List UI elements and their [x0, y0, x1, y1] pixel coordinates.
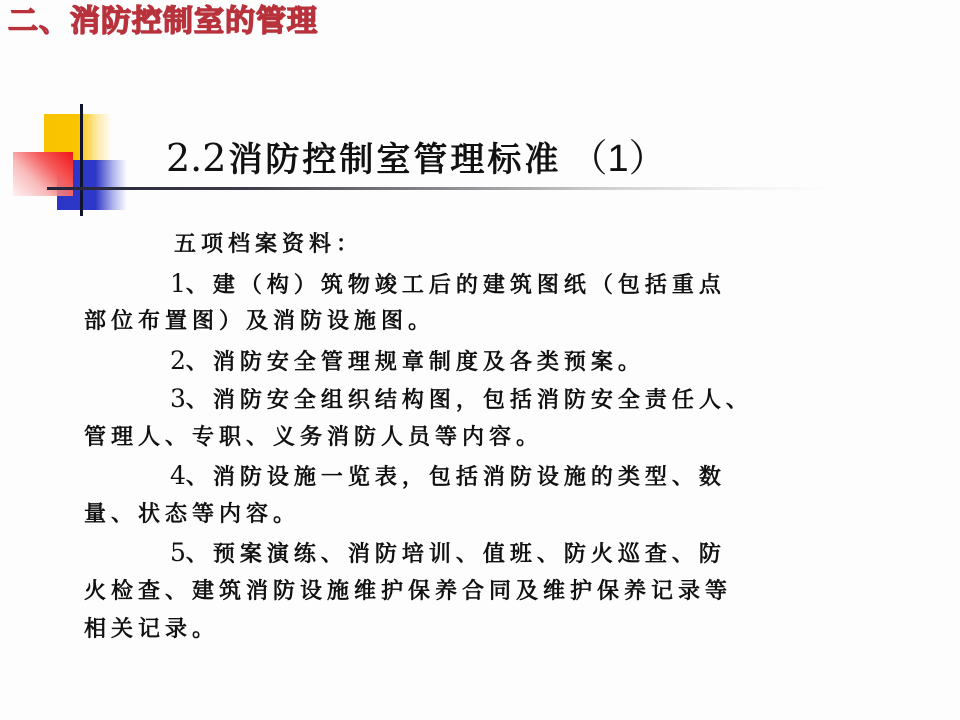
slide-body: 五项档案资料： 1、建（构）筑物竣工后的建筑图纸（包括重点 部位布置图）及消防设…: [84, 226, 864, 650]
list-item-1: 1、建（构）筑物竣工后的建筑图纸（包括重点: [84, 265, 864, 304]
body-intro: 五项档案资料：: [84, 226, 864, 265]
title-underline-divider: [47, 187, 837, 190]
item-number: 2: [170, 346, 186, 375]
item-number: 4: [170, 461, 186, 490]
list-item-3: 3、消防安全组织结构图，包括消防安全责任人、: [84, 380, 864, 419]
item-text: 、建（构）筑物竣工后的建筑图纸（包括重点: [186, 273, 726, 298]
slide-title: 2.2消防控制室管理标准（1）: [166, 134, 667, 184]
item-text: 、消防设施一览表，包括消防设施的类型、数: [186, 465, 726, 490]
item-number: 5: [170, 538, 186, 567]
item-text: 、消防安全管理规章制度及各类预案。: [186, 350, 645, 375]
list-item-2: 2、消防安全管理规章制度及各类预案。: [84, 342, 864, 381]
list-item-4: 4、消防设施一览表，包括消防设施的类型、数: [84, 457, 864, 496]
item-number: 1: [170, 269, 186, 298]
list-item-5-continuation: 火检查、建筑消防设施维护保养合同及维护保养记录等: [84, 573, 864, 612]
item-number: 3: [170, 384, 186, 413]
item-text: 、消防安全组织结构图，包括消防安全责任人、: [186, 388, 753, 413]
item-text: 、预案演练、消防培训、值班、防火巡查、防: [186, 542, 726, 567]
list-item-4-continuation: 量、状态等内容。: [84, 496, 864, 535]
list-item-3-continuation: 管理人、专职、义务消防人员等内容。: [84, 419, 864, 458]
list-item-1-continuation: 部位布置图）及消防设施图。: [84, 303, 864, 342]
list-item-5: 5、预案演练、消防培训、值班、防火巡查、防: [84, 534, 864, 573]
title-suffix: （1）: [569, 138, 666, 180]
decorative-vertical-line: [80, 104, 83, 216]
list-item-5-continuation: 相关记录。: [84, 611, 864, 650]
section-heading: 二、消防控制室的管理: [8, 2, 318, 42]
title-text: 消防控制室管理标准: [228, 140, 561, 180]
title-number: 2.2: [166, 136, 226, 180]
